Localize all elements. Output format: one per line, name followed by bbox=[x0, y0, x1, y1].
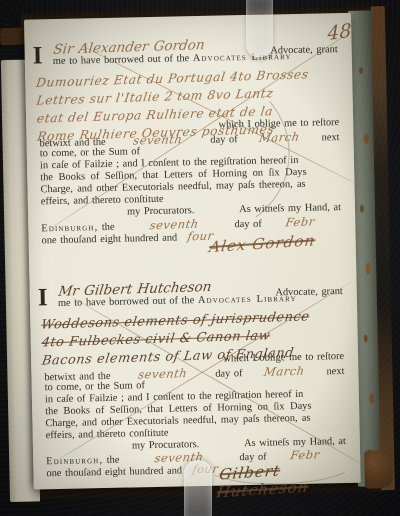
register-page: 48. I Sir Alexander Gordon Advocate, gra… bbox=[24, 13, 361, 490]
printed-text: me to have borrowed out of the bbox=[53, 53, 190, 67]
book: 48. I Sir Alexander Gordon Advocate, gra… bbox=[0, 0, 400, 516]
page-holding-strap-bottom bbox=[184, 460, 212, 516]
printed-text: me to have borrowed out of the bbox=[58, 295, 195, 309]
advocates-library-name: Advocates Library bbox=[193, 51, 292, 64]
printed-text: one thouſand eight hundred and bbox=[46, 465, 182, 480]
printed-text: As witneſs my Hand, at bbox=[239, 202, 341, 216]
book-cover-corner-bottom-right bbox=[364, 450, 393, 489]
page-holding-strap-top bbox=[246, 0, 273, 57]
drop-cap: I bbox=[33, 45, 43, 67]
photograph-of-borrowing-register: 48. I Sir Alexander Gordon Advocate, gra… bbox=[0, 0, 400, 516]
page-number: 48. bbox=[327, 19, 357, 46]
borrowing-entry-gordon: I Sir Alexander Gordon Advocate, grant m… bbox=[37, 37, 341, 259]
drop-cap: I bbox=[38, 287, 48, 309]
printed-text: one thouſand eight hundred and bbox=[41, 232, 177, 247]
advocates-library-name: Advocates Library bbox=[198, 293, 297, 306]
signature-handwritten: Gilbert Hutcheson bbox=[216, 457, 350, 501]
